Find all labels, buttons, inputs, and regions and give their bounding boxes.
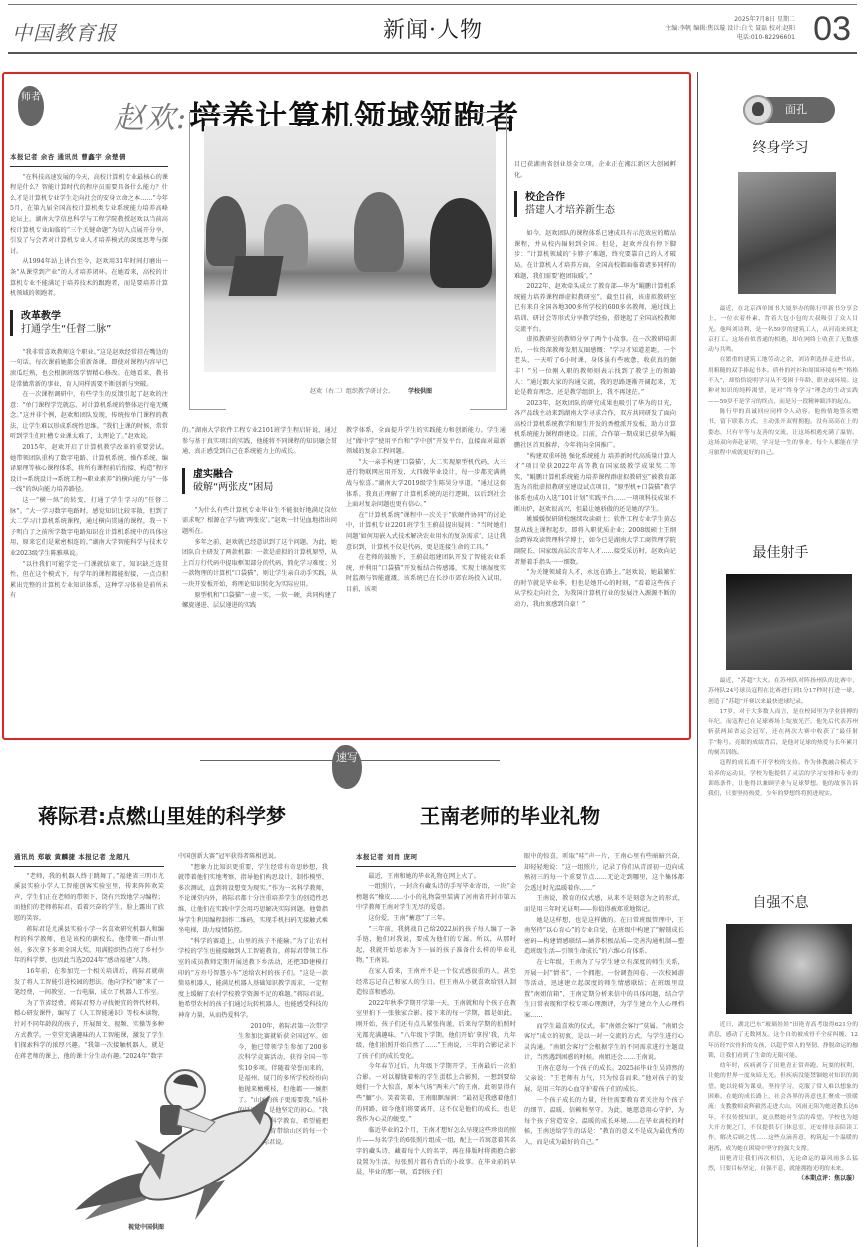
paragraph: 目已获湖南省创业基金立项，企业正在湘江新区大创园孵化。 xyxy=(514,160,676,181)
paragraph: “为关键领域育人才，永远在路上。”赵欢说，她最繁忙的时节就是毕业季，但也是她开心… xyxy=(514,568,676,610)
paper-name: 中国教育报 xyxy=(12,17,117,46)
lead-photo xyxy=(204,126,496,372)
column-seal-icon: 速写 xyxy=(332,745,362,789)
sidebar-text-best-shooter: 最近，“苏超”大火。在苏州队对阵扬州队的比赛中，苏州队24号球员寇程在比赛进行到… xyxy=(708,676,858,861)
paragraph: 从1994年站上讲台至今，赵欢用31年时间打磨出一条“从课堂到产业”的人才培养闭… xyxy=(10,257,168,299)
column-seal-icon: 师者 xyxy=(18,86,44,126)
paragraph: 教学体系，全面提升学生的实践能力和创新能力。学生通过“做中学”使用平台和“学中创… xyxy=(346,426,506,458)
lead-column-3: 教学体系，全面提升学生的实践能力和创新能力。学生通过“做中学”使用平台和“学中创… xyxy=(346,426,506,596)
sidebar-text-lifelong-learning: 最近，在北京西单图书大厦举办的陈行甲新书分享会上，一位衣着朴素、背着大包小包的大… xyxy=(708,304,858,458)
sidebar-title-lifelong-learning: 终身学习 xyxy=(698,137,863,157)
left-story-headline: 蒋际君:点燃山里娃的科学梦 xyxy=(38,800,286,829)
right-story-column-1: 本报记者 刘肖 庞珂 最近，王南和她的毕业礼物在网上火了。 一组照片，一封含有藏… xyxy=(356,852,516,1248)
sidebar-title-best-shooter: 最佳射手 xyxy=(698,542,863,562)
headline-name: 赵欢: xyxy=(114,101,187,136)
paragraph: 2015年，赵欢开启了计算机教学改革的重要尝试。她带领团队重构了数字电路、计算机… xyxy=(10,443,168,496)
lead-story: 师者 赵欢:培养计算机领域领跑者 本报记者 余杏 通讯员 曹鑫宇 余楚倩 “在科… xyxy=(2,72,691,740)
page-number: 03 xyxy=(813,11,851,47)
staff-credits: 主编:李帆 编辑:焦以璇 设计:白弋 聂磊 校对:赵阳 xyxy=(665,24,795,33)
paragraph: “构建双重环链 强化系统能力 培养新时代高质量计算人才”项目荣获2022年高等教… xyxy=(514,452,676,516)
sidebar-title-self-improvement: 自强不息 xyxy=(698,892,863,912)
paragraph: 如今，赵欢团队的课程体系已建成具有示范效应的精品课程，并从校内辐射到全国。但是，… xyxy=(514,229,676,282)
paragraph: “我非常喜欢教师这个职业。”这是赵欢经常挂在嘴边的一句话，每次课前她都会重新备课… xyxy=(10,348,168,390)
section-name: 新闻·人物 xyxy=(383,13,483,44)
paragraph: 2023年，赵欢团队的研究成果也吸引了华为的目光，各产品线主动来到湖南大学寻求合… xyxy=(514,399,676,452)
photo-credit: 学校供图 xyxy=(408,388,432,395)
sidebar-photo-best-shooter xyxy=(726,574,852,670)
commentary-credit: （本期点评：焦以璇） xyxy=(708,1174,858,1184)
subhead-school-enterprise: 校企合作 搭建人才培养新生态 xyxy=(514,191,676,217)
lead-column-4: 目已获湖南省创业基金立项，企业正在湘江新区大创园孵化。 校企合作 搭建人才培养新… xyxy=(514,160,676,611)
paragraph: “大一亲手构建‘口袋猫’，大二实现原型机代码，大三进行物联网应用开发，大四做毕业… xyxy=(346,458,506,511)
masthead: 中国教育报 新闻·人物 2025年7月8日 星期二 主编:李帆 编辑:焦以璇 设… xyxy=(8,4,857,54)
paragraph: “为什么有些计算机专业毕业生不能很好地满足岗位需求呢？根源在学与做‘两张皮’。”… xyxy=(182,506,337,538)
subhead-virtual-real: 虚实融合 破解“两张皮”困局 xyxy=(182,468,337,494)
faces-sidebar: 面孔 终身学习 最近，在北京西单图书大厦举办的陈行甲新书分享会上，一位衣着朴素、… xyxy=(697,72,862,1247)
issue-meta: 2025年7月8日 星期二 主编:李帆 编辑:焦以璇 设计:白弋 聂磊 校对:赵… xyxy=(665,15,795,42)
right-story-column-2: 眼中的惊喜，听取“哇”声一片，王南心里有些暗暗兴奋，却轻轻地说：“这一组照片，记… xyxy=(524,852,684,1248)
paragraph: 在老师的鼓励下，王蔚晨组建团队开发了智能农业系统，并利用“口袋猫”开发板结合传感… xyxy=(346,553,506,595)
paragraph: 在“计算机系统”课程中一次关于“软硬件协同”的讨论中，计算机专业2201班学生王… xyxy=(346,511,506,553)
phone: 电话:010-82296601 xyxy=(665,33,795,42)
paragraph: 原型机和“口袋猫”一虚一实，一软一硬，共同构建了螺旋递进、层层递进的实践 xyxy=(182,591,337,612)
paragraph: 2022年，赵欢牵头成立了教育部—华为“鲲鹏计算机系统能力培养课程群虚拟教研室”… xyxy=(514,282,676,335)
issue-date: 2025年7月8日 星期二 xyxy=(665,15,795,24)
astronaut-rocket-illustration xyxy=(65,1060,280,1230)
sidebar-text-self-improvement: 近日，湖北巴东“玻璃娃娃”田艳青高考取得621分的消息，感动了无数网友。这个自幼… xyxy=(708,1020,858,1185)
face-icon xyxy=(743,95,773,125)
lead-photo-frame: 赵欢（右二）组织教学研讨会。学校供图 xyxy=(189,112,507,410)
paragraph: 在一次课程调研中，有些学生的反馈引起了赵欢的注意：“单门课程学完就忘，对计算机系… xyxy=(10,390,168,443)
lead-byline: 本报记者 余杏 通讯员 曹鑫宇 余楚倩 xyxy=(10,152,168,167)
sidebar-photo-lifelong-learning xyxy=(738,172,836,294)
paragraph: 虚拟教研室的教师分享了两个小故事。在一次教研培训后，一位资深教师发朋友圈感慨：“… xyxy=(514,335,676,399)
paragraph: 的。”湖南大学软件工程专业2101班学生程启轩说，通过参与基于真实项目的实践，他… xyxy=(182,426,337,458)
lead-column-1: 本报记者 余杏 通讯员 曹鑫宇 余楚倩 “在科技高速发展的今天，高校计算机专业最… xyxy=(10,152,168,602)
left-story-column-1: 通讯员 郑敏 黄麟捷 本报记者 龙超凡 “老师，我的机器人终于跳舞了。”福建省三… xyxy=(14,852,164,1062)
subhead-reform: 改革教学 打通学生“任督二脉” xyxy=(10,310,168,336)
paragraph: 多年之前，赵欢就已经意识到了这个问题。为此，她团队自主研发了两款机器：一款是虚拟… xyxy=(182,538,337,591)
right-story-byline: 本报记者 刘肖 庞珂 xyxy=(356,852,516,867)
paragraph: “以往我们可能学完一门课就结束了，知识缺乏连贯性，但在这个模式下，每学年的课程都… xyxy=(10,560,168,602)
right-story-headline: 王南老师的毕业礼物 xyxy=(420,800,600,829)
left-story-byline: 通讯员 郑敏 黄麟捷 本报记者 龙超凡 xyxy=(14,852,164,867)
illustration-credit: 视觉中国供图 xyxy=(128,1222,164,1231)
lead-column-2: 的。”湖南大学软件工程专业2101班学生程启轩说，通过参与基于真实项目的实践，他… xyxy=(182,426,337,612)
paragraph: “在科技高速发展的今天，高校计算机专业最核心的课程是什么？智能计算时代的程序员需… xyxy=(10,173,168,258)
sidebar-photo-self-improvement xyxy=(726,924,852,1014)
paragraph: 姚媛媛保研留校继续攻读硕士；软件工程专业学生黄志慧从线上课程起步，即将入职优质企… xyxy=(514,515,676,568)
lead-photo-caption: 赵欢（右二）组织教学研讨会。学校供图 xyxy=(310,386,432,395)
faces-badge: 面孔 xyxy=(743,97,835,123)
paragraph: 这一“横一纵”的转变，打通了学生学习的“任督二脉”。“大一学习数字电路时，感觉知… xyxy=(10,496,168,560)
